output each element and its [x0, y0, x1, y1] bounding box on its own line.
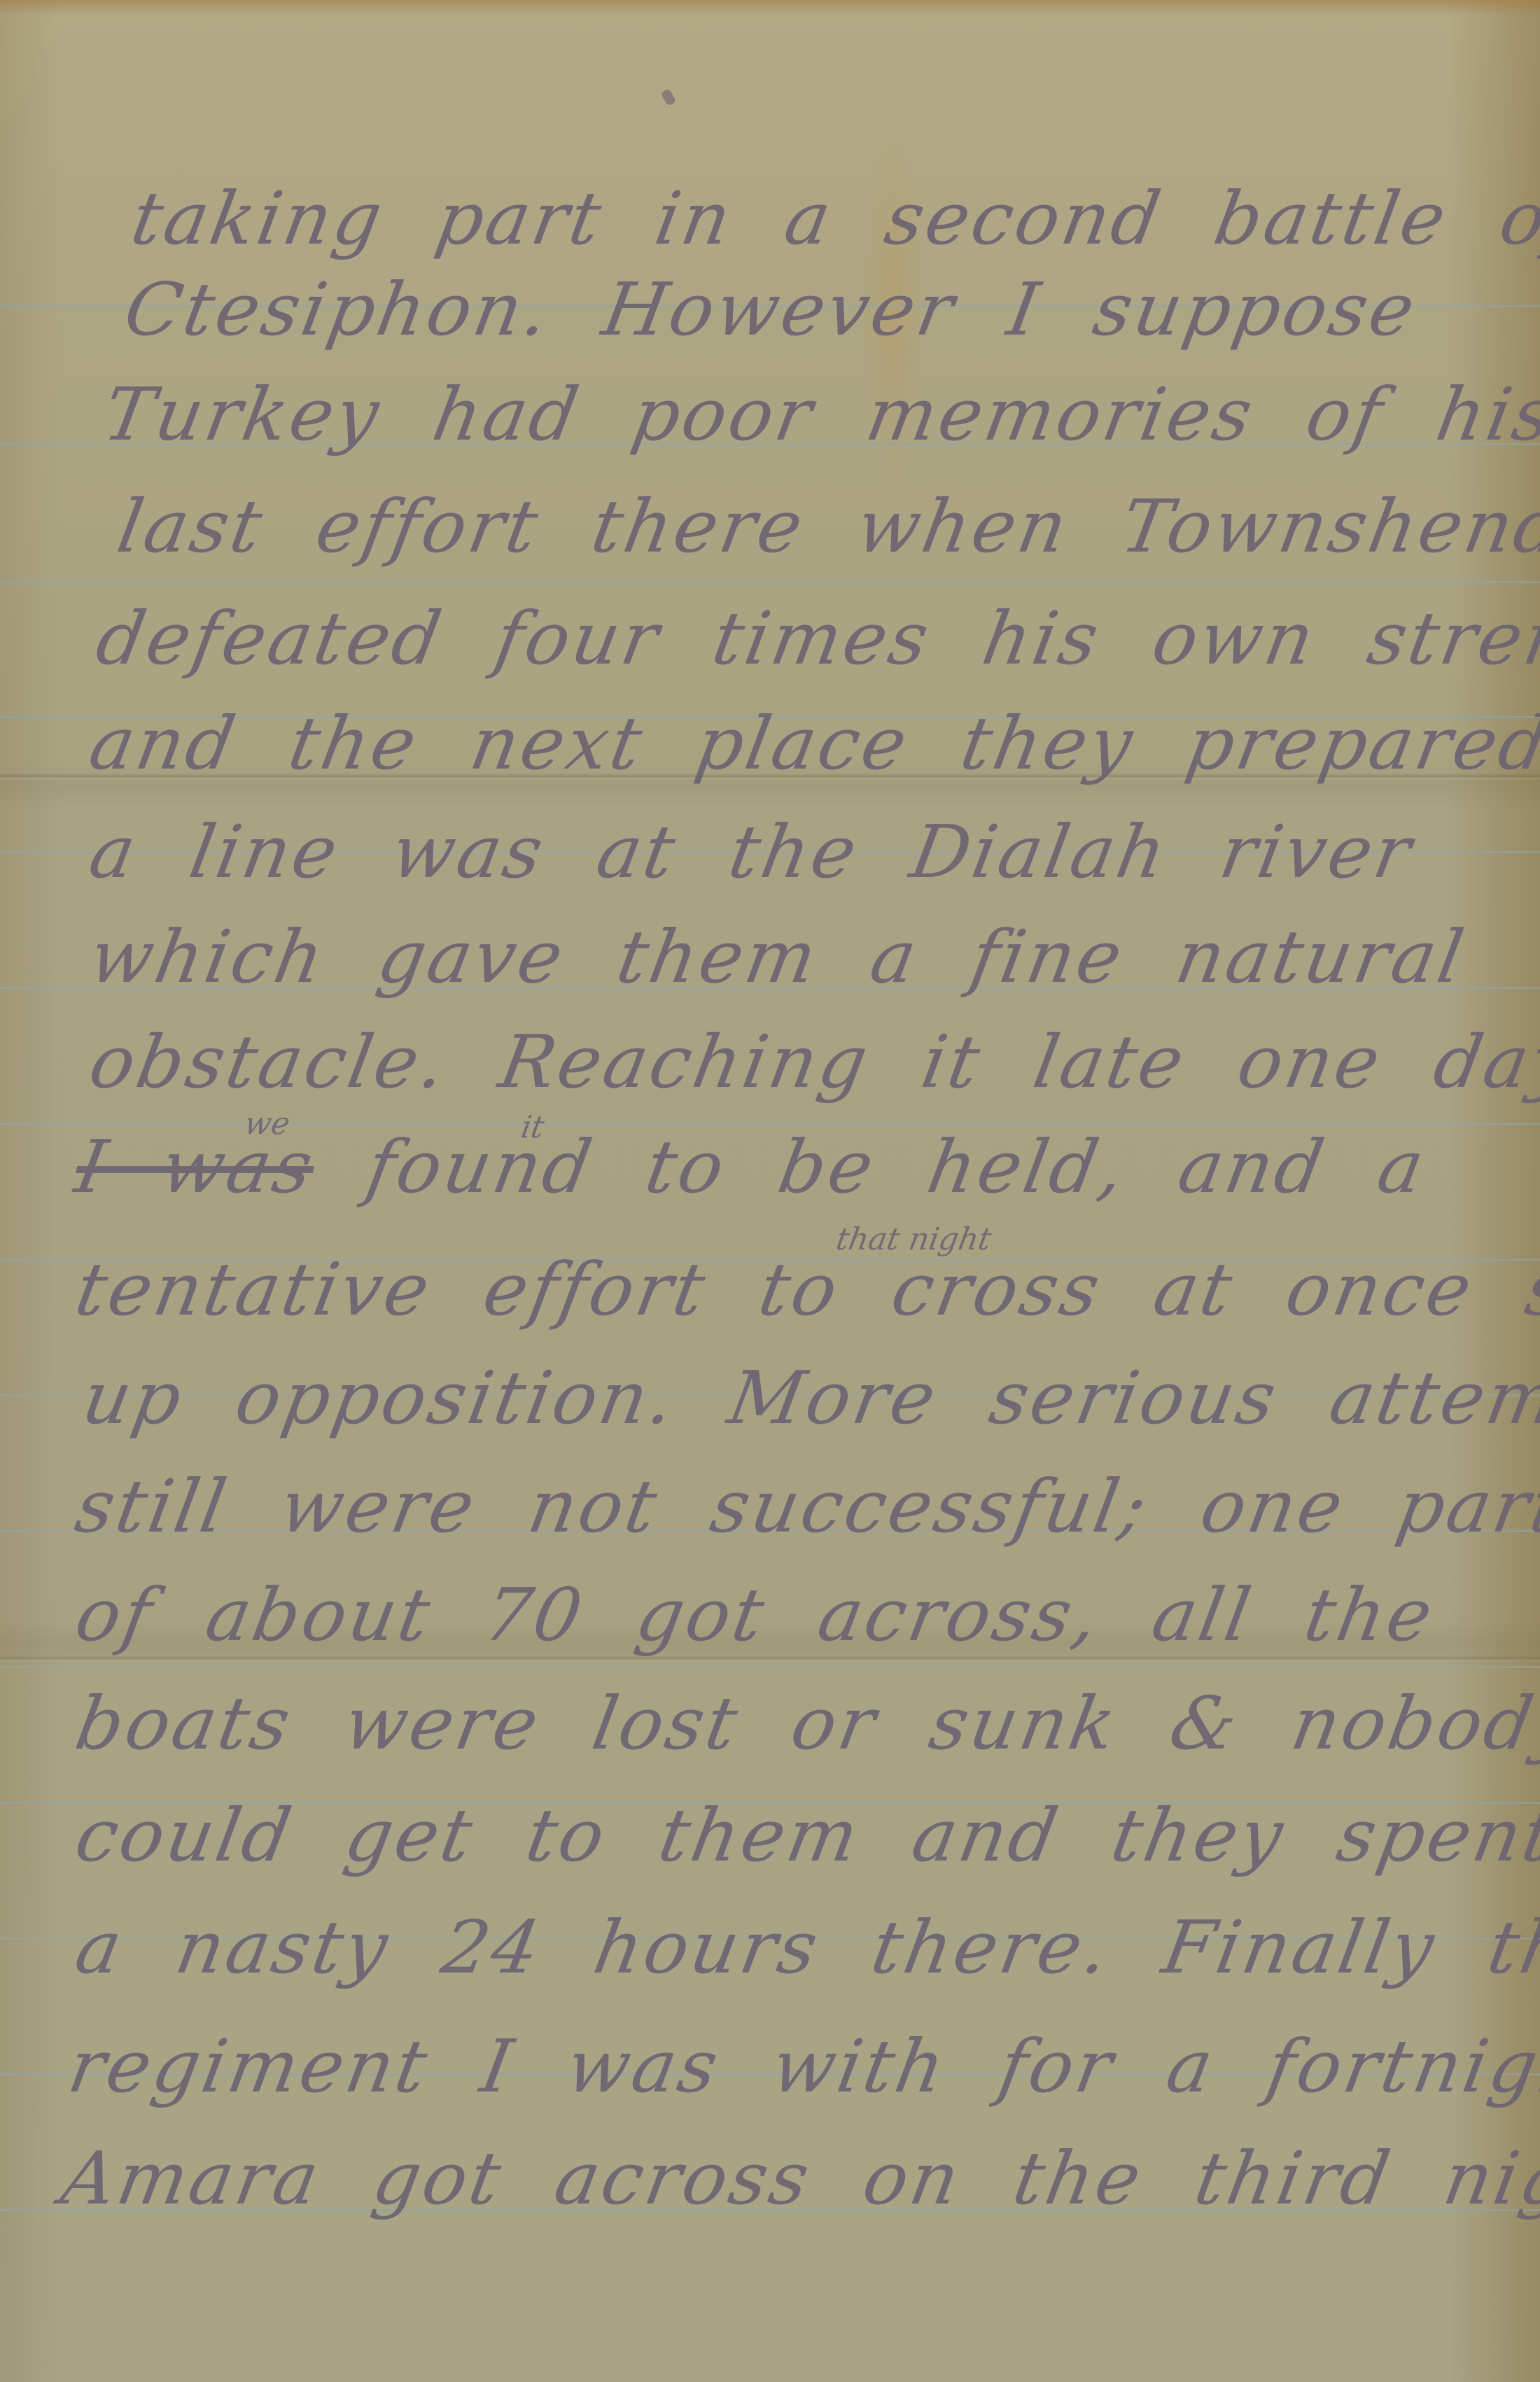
text-line-12: up opposition. More serious attempts	[78, 1361, 1462, 1434]
text-line-3: Turkey had poor memories of his	[99, 378, 1483, 451]
text-line-9: obstacle. Reaching it late one day	[85, 1025, 1469, 1098]
text-line-11: tentative effort to cross at once stirre…	[71, 1253, 1455, 1326]
text-line-18: regiment I was with for a fortnight in	[64, 2030, 1448, 2103]
text-line-13: still were not successful; one party	[71, 1470, 1455, 1543]
letter-page: taking part in a second battle of Ctesip…	[0, 0, 1540, 2382]
ruled-line	[0, 1666, 1540, 1668]
text-line-4: last effort there when Townshend	[113, 490, 1497, 563]
text-line-17: a nasty 24 hours there. Finally the	[71, 1911, 1455, 1984]
text-line-19: Amara got across on the third night,	[57, 2142, 1441, 2215]
text-line-14: of about 70 got across, all the	[71, 1578, 1455, 1651]
text-line-6: and the next place they prepared	[85, 707, 1469, 780]
ruled-line	[0, 581, 1540, 583]
insert-we: we	[242, 1106, 293, 1142]
text-line-8: which gave them a fine natural	[85, 920, 1469, 993]
text-line-16: could get to them and they spent	[71, 1799, 1455, 1872]
text-line-5: defeated four times his own strength	[92, 602, 1476, 675]
paper-top-edge	[0, 0, 1540, 15]
text-line-7: a line was at the Dialah river	[85, 815, 1469, 888]
ink-mark	[660, 88, 676, 106]
text-line-1: taking part in a second battle of	[127, 182, 1511, 255]
text-line-15: boats were lost or sunk & nobody	[71, 1687, 1455, 1760]
text-line-2: Ctesiphon. However I suppose	[120, 273, 1504, 346]
